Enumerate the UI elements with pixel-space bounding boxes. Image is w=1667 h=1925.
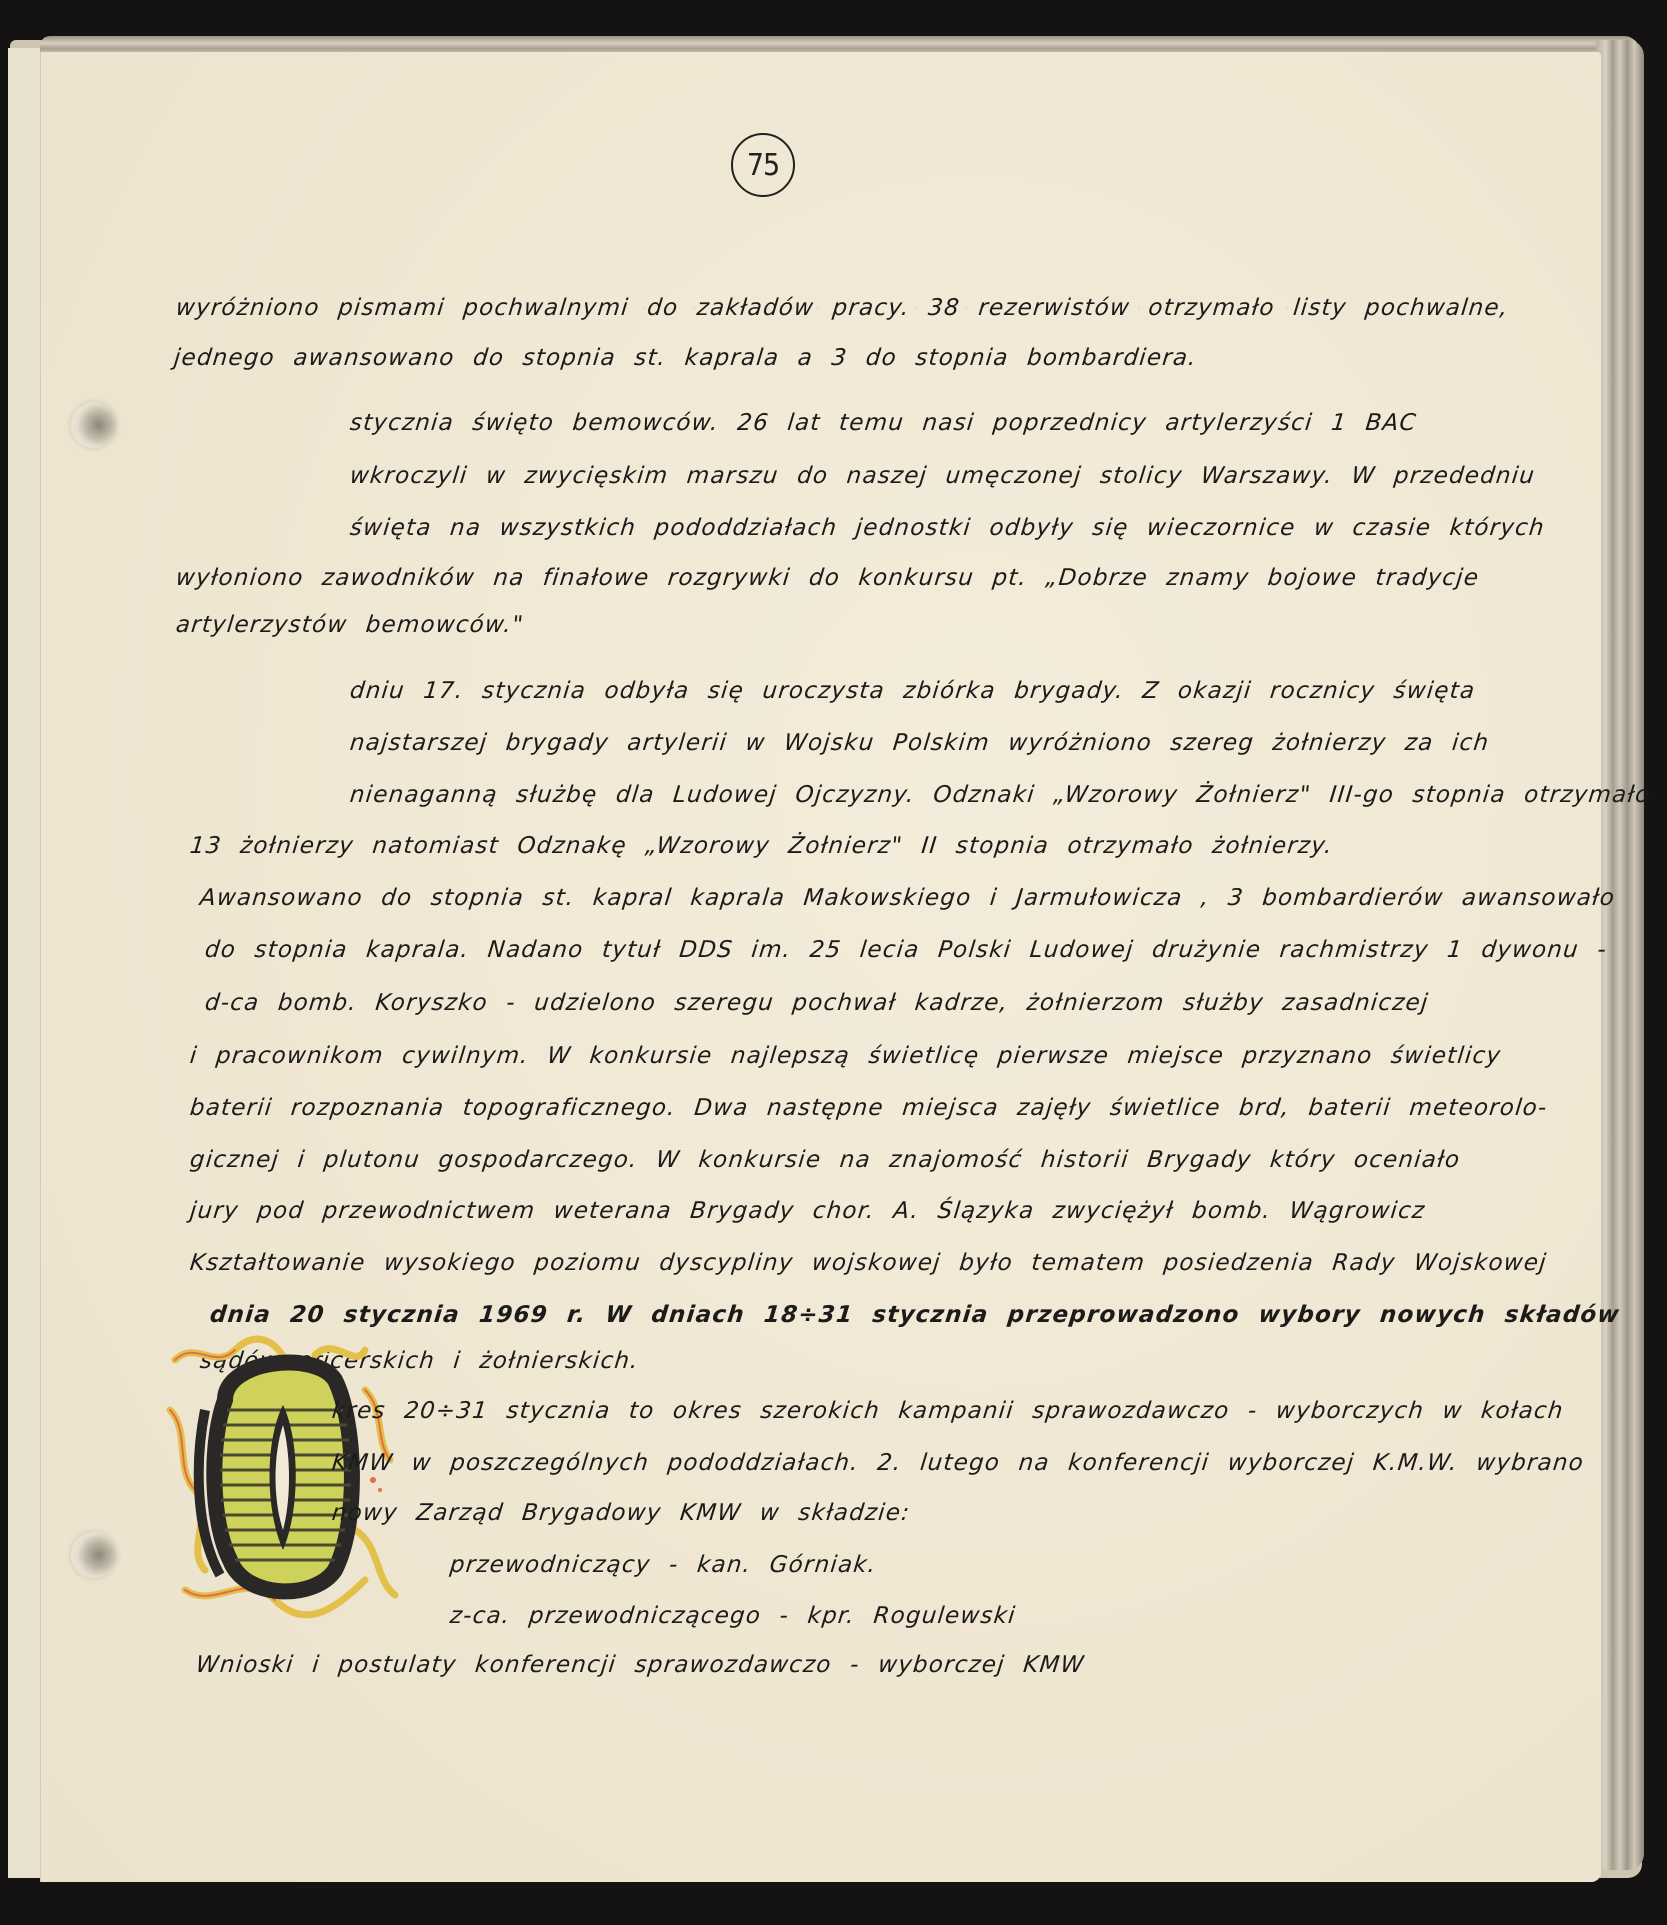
- text-line-13: do stopnia kaprala. Nadano tytuł DDS im.…: [204, 937, 1609, 963]
- text-line-4: wkroczyli w zwycięskim marszu do naszej …: [349, 463, 1537, 489]
- text-line-25: przewodniczący - kan. Górniak.: [449, 1552, 878, 1578]
- text-line-3: stycznia święto bemowców. 26 lat temu na…: [349, 410, 1418, 436]
- text-line-5: święta na wszystkich pododdziałach jedno…: [349, 515, 1547, 541]
- text-line-6: wyłoniono zawodników na finałowe rozgryw…: [175, 565, 1481, 591]
- binder-hole-bottom: [71, 1532, 117, 1578]
- binder-hole-top: [71, 402, 117, 448]
- text-line-1: wyróżniono pismami pochwalnymi do zakład…: [175, 295, 1510, 321]
- text-line-26: z-ca. przewodniczącego - kpr. Rogulewski: [449, 1603, 1018, 1629]
- text-line-2: jednego awansowano do stopnia st. kapral…: [173, 345, 1198, 371]
- text-line-11: 13 żołnierzy natomiast Odznakę „Wzorowy …: [189, 833, 1335, 859]
- text-line-22: kres 20÷31 stycznia to okres szerokich k…: [331, 1398, 1565, 1424]
- text-line-8: dniu 17. stycznia odbyła się uroczysta z…: [349, 678, 1477, 704]
- text-line-10: nienaganną służbę dla Ludowej Ojczyzny. …: [349, 782, 1652, 808]
- text-line-16: baterii rozpoznania topograficznego. Dwa…: [189, 1095, 1549, 1121]
- text-line-23: KMW w poszczególnych pododdziałach. 2. l…: [331, 1450, 1586, 1476]
- text-line-9: najstarszej brygady artylerii w Wojsku P…: [349, 730, 1491, 756]
- text-line-7: artylerzystów bemowców.": [175, 612, 526, 638]
- text-line-20: dnia 20 stycznia 1969 r. W dniach 18÷31 …: [209, 1302, 1622, 1328]
- text-line-14: d-ca bomb. Koryszko - udzielono szeregu …: [204, 990, 1430, 1016]
- text-line-19: Kształtowanie wysokiego poziomu dyscypli…: [189, 1250, 1549, 1276]
- text-line-27: Wnioski i postulaty konferencji sprawozd…: [195, 1652, 1086, 1678]
- text-line-12: Awansowano do stopnia st. kapral kaprala…: [199, 885, 1617, 911]
- text-line-17: gicznej i plutonu gospodarczego. W konku…: [189, 1147, 1462, 1173]
- previous-page-edge: [8, 48, 40, 1878]
- text-line-24: nowy Zarząd Brygadowy KMW w składzie:: [331, 1500, 912, 1526]
- text-line-15: i pracownikom cywilnym. W konkursie najl…: [189, 1043, 1503, 1069]
- page-number: 75: [731, 133, 795, 197]
- text-line-18: jury pod przewodnictwem weterana Brygady…: [189, 1198, 1427, 1224]
